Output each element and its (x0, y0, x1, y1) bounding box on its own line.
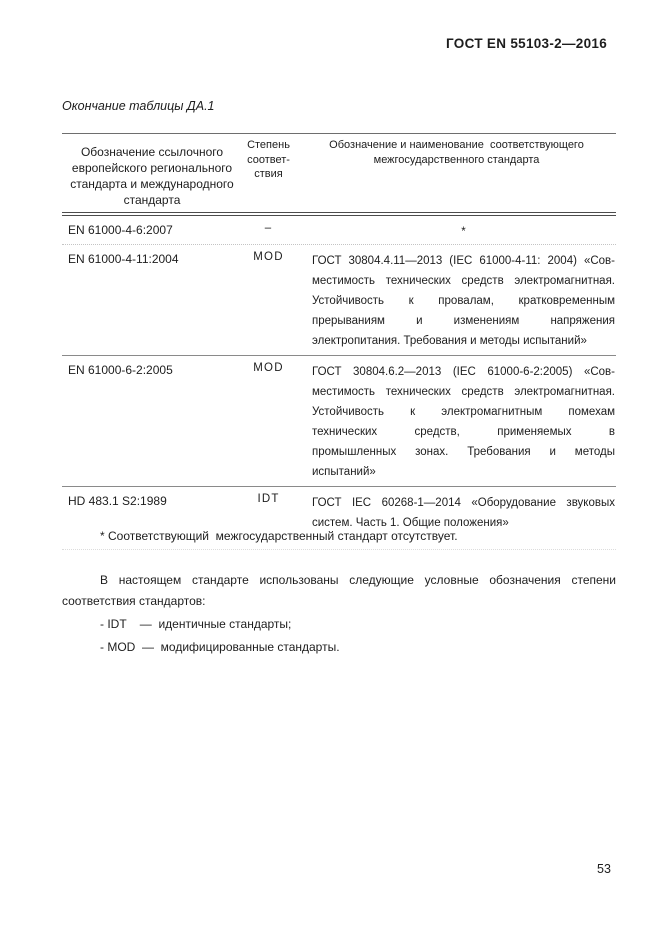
text-line: технических средств, применяемых в (312, 422, 615, 442)
notes-paragraph: В настоящем стандарте использованы следу… (62, 570, 616, 612)
degree-legend: - IDT — идентичные стандарты;- MOD — мод… (62, 614, 616, 658)
table-header-row: Обозначение ссылочногоевропейского регио… (62, 133, 616, 212)
notes-section: * Соответствующий межгосударственный ста… (62, 526, 616, 658)
text-line: испытаний» (312, 462, 615, 482)
header-cell-degree: Степеньсоответ-ствия (240, 138, 297, 212)
text-line: стандарта (68, 192, 236, 208)
text-line: Обозначение ссылочного (68, 144, 236, 160)
text-line: соответ- (240, 153, 297, 168)
text-line: Устойчивость к провалам, кратковременным (312, 291, 615, 311)
cell-gost: ГОСТ 30804.4.11—2013 (IEC 61000-4-11: 20… (297, 245, 616, 353)
text-line: Обозначение и наименование соответствующ… (297, 138, 616, 153)
text-line: местимость технических средств электрома… (312, 271, 615, 291)
footnote-asterisk: * Соответствующий межгосударственный ста… (62, 526, 616, 547)
cell-gost: * (297, 216, 616, 244)
text-line: межгосударственного стандарта (297, 153, 616, 168)
page-number: 53 (597, 862, 611, 876)
text-line: Устойчивость к электромагнитным помехам (312, 402, 615, 422)
text-line: - MOD — модифицированные стандарты. (62, 637, 616, 658)
text-line: ГОСТ IEC 60268-1—2014 «Оборудование звук… (312, 493, 615, 513)
text-line: ГОСТ 30804.6.2—2013 (IEC 61000-6-2:2005)… (312, 362, 615, 382)
document-page: ГОСТ EN 55103-2—2016 Окончание таблицы Д… (0, 0, 661, 935)
doc-number: ГОСТ EN 55103-2—2016 (446, 36, 607, 51)
text-line: промышленных зонах. Требования и методы (312, 442, 615, 462)
text-line: В настоящем стандарте использованы следу… (62, 570, 616, 591)
cell-standard: EN 61000-4-11:2004 (62, 245, 240, 271)
table-row: EN 61000-6-2:2005 MOD ГОСТ 30804.6.2—201… (62, 356, 616, 487)
text-line: ГОСТ 30804.4.11—2013 (IEC 61000-4-11: 20… (312, 251, 615, 271)
cell-degree: MOD (240, 245, 297, 263)
text-line: прерываниям и изменениям напряжения (312, 311, 615, 331)
text-line: стандарта и международного (68, 176, 236, 192)
header-cell-interstate-standard: Обозначение и наименование соответствующ… (297, 138, 616, 212)
cell-degree: MOD (240, 356, 297, 374)
text-line: европейского регионального (68, 160, 236, 176)
correspondence-table: Обозначение ссылочногоевропейского регио… (62, 133, 616, 550)
text-line: ствия (240, 167, 297, 182)
cell-degree: IDT (240, 487, 297, 505)
text-line: * (312, 222, 615, 242)
header-cell-european-standard: Обозначение ссылочногоевропейского регио… (62, 138, 240, 212)
table-caption: Окончание таблицы ДА.1 (62, 99, 215, 113)
text-line: - IDT — идентичные стандарты; (62, 614, 616, 635)
cell-standard: EN 61000-6-2:2005 (62, 356, 240, 382)
cell-standard: HD 483.1 S2:1989 (62, 487, 240, 513)
text-line: соответствия стандартов: (62, 591, 616, 612)
table-row: EN 61000-4-6:2007 – * (62, 216, 616, 245)
cell-gost: ГОСТ 30804.6.2—2013 (IEC 61000-6-2:2005)… (297, 356, 616, 484)
table-row: EN 61000-4-11:2004 MOD ГОСТ 30804.4.11—2… (62, 245, 616, 356)
text-line: электропитания. Требования и методы испы… (312, 331, 615, 351)
text-line: местимость технических средств электрома… (312, 382, 615, 402)
text-line: Степень (240, 138, 297, 153)
cell-degree: – (240, 216, 297, 234)
cell-standard: EN 61000-4-6:2007 (62, 216, 240, 242)
